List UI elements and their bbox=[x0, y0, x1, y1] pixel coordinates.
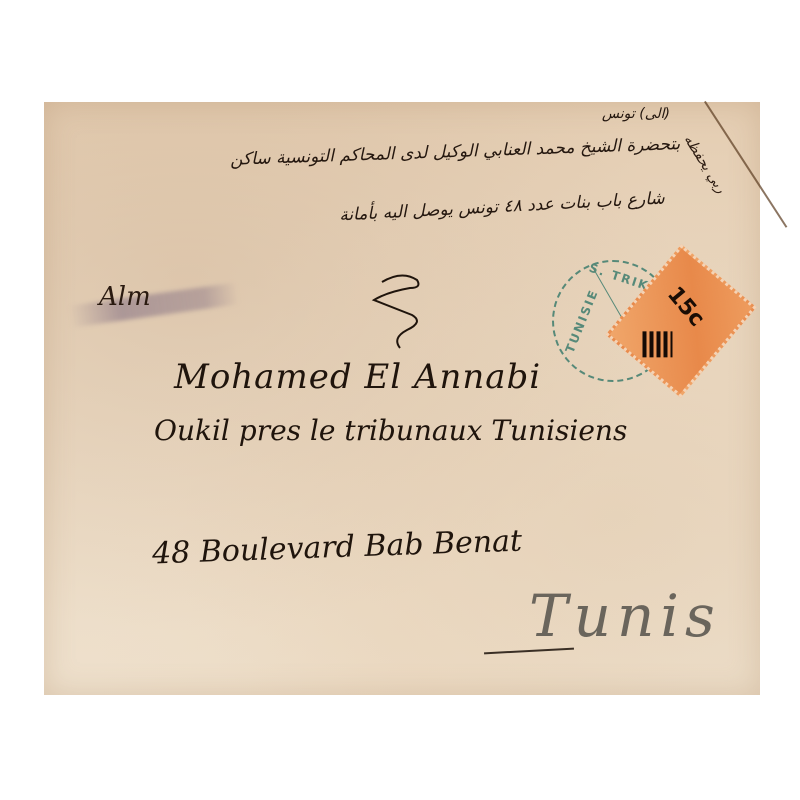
street-address: 48 Boulevard Bab Benat bbox=[152, 524, 523, 572]
arabic-address-line-1: بتحضرة الشيخ محمد العنابي الوكيل لدى الم… bbox=[229, 134, 680, 170]
pencil-annotation: Alm bbox=[99, 282, 151, 312]
envelope: ربي يحفظه (الى) تونس بتحضرة الشيخ محمد ا… bbox=[44, 102, 760, 695]
corner-arabic-note: ربي يحفظه bbox=[680, 132, 728, 196]
arabic-destination: (الى) تونس bbox=[602, 106, 670, 122]
recipient-name: Mohamed El Annabi bbox=[174, 357, 541, 397]
postmark-country-text: TUNISIE bbox=[563, 287, 601, 355]
city: Tunis bbox=[529, 582, 721, 650]
arabic-address-line-2: شارع باب بنات عدد ٤٨ تونس يوصل اليه بأما… bbox=[339, 188, 665, 225]
overprint-bars bbox=[642, 331, 672, 357]
recipient-title: Oukil pres le tribunaux Tunisiens bbox=[154, 414, 627, 447]
pencil-smudge bbox=[68, 282, 239, 327]
stamp-overprint-value: 15c bbox=[662, 282, 709, 332]
pen-flourish bbox=[362, 270, 442, 350]
corner-fold-line bbox=[704, 101, 787, 228]
